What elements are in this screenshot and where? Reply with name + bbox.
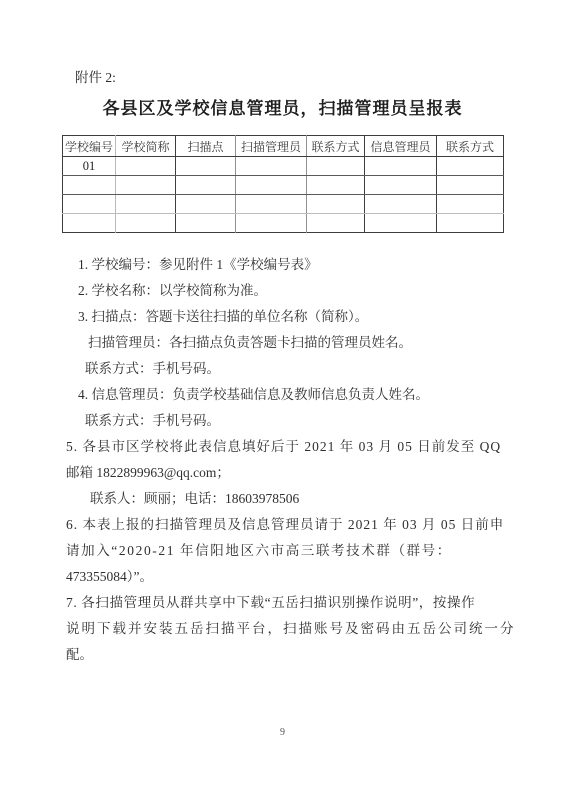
table-cell [307, 195, 365, 214]
table-header-row: 学校编号 学校简称 扫描点 扫描管理员 联系方式 信息管理员 联系方式 [63, 136, 504, 157]
table-cell [365, 214, 437, 233]
table-cell [176, 214, 236, 233]
header-cell-contact-2: 联系方式 [437, 136, 504, 157]
note-line-6-cont-1: 请加入“2020-21 年信阳地区六市高三联考技术群（群号： [66, 538, 512, 564]
note-line-4: 4. 信息管理员：负责学校基础信息及教师信息负责人姓名。 [78, 382, 512, 408]
note-line-3: 3. 扫描点：答题卡送往扫描的单位名称（简称）。 [78, 304, 512, 330]
table-cell: 01 [63, 157, 116, 176]
table-cell [307, 214, 365, 233]
table-row: 01 [63, 157, 504, 176]
table-cell [307, 157, 365, 176]
table-cell [365, 195, 437, 214]
note-line-1: 1. 学校编号：参见附件 1《学校编号表》 [78, 252, 512, 278]
header-cell-scan-admin: 扫描管理员 [236, 136, 307, 157]
table-cell [63, 176, 116, 195]
table-cell [236, 195, 307, 214]
header-cell-scan-point: 扫描点 [176, 136, 236, 157]
note-line-5-sub-1: 联系人：顾丽；电话：18603978506 [90, 486, 512, 512]
report-table: 学校编号 学校简称 扫描点 扫描管理员 联系方式 信息管理员 联系方式 01 [62, 135, 504, 233]
table-cell [236, 176, 307, 195]
notes-section: 1. 学校编号：参见附件 1《学校编号表》 2. 学校名称：以学校简称为准。 3… [66, 252, 512, 668]
table-cell [437, 176, 504, 195]
table-cell [437, 195, 504, 214]
header-cell-info-admin: 信息管理员 [365, 136, 437, 157]
table-cell [307, 176, 365, 195]
table-cell [176, 195, 236, 214]
note-line-3-sub-2: 联系方式：手机号码。 [85, 356, 512, 382]
table-cell [437, 157, 504, 176]
table-cell [365, 157, 437, 176]
note-line-5: 5. 各县市区学校将此表信息填好后于 2021 年 03 月 05 日前发至 Q… [66, 434, 512, 460]
note-line-4-sub-1: 联系方式：手机号码。 [85, 408, 512, 434]
header-cell-contact-1: 联系方式 [307, 136, 365, 157]
note-line-7: 7. 各扫描管理员从群共享中下载“五岳扫描识别操作说明”，按操作 [66, 590, 512, 616]
table-cell [116, 157, 176, 176]
page-number: 9 [0, 727, 565, 738]
note-line-5-cont: 邮箱 1822899963@qq.com； [66, 460, 512, 486]
table-cell [365, 176, 437, 195]
note-line-7-cont-1: 说明下载并安装五岳扫描平台，扫描账号及密码由五岳公司统一分 [66, 616, 512, 642]
table-cell [236, 157, 307, 176]
note-line-7-cont-2: 配。 [66, 642, 512, 668]
header-cell-school-id: 学校编号 [63, 136, 116, 157]
attachment-label: 附件 2: [75, 66, 116, 86]
note-line-2: 2. 学校名称：以学校简称为准。 [78, 278, 512, 304]
table-cell [116, 176, 176, 195]
document-title: 各县区及学校信息管理员，扫描管理员呈报表 [0, 94, 565, 119]
table-cell [176, 176, 236, 195]
table-cell [236, 214, 307, 233]
note-line-6: 6. 本表上报的扫描管理员及信息管理员请于 2021 年 03 月 05 日前申 [66, 512, 512, 538]
document-page: 附件 2: 各县区及学校信息管理员，扫描管理员呈报表 学校编号 学校简称 扫描点… [0, 0, 565, 800]
note-line-3-sub-1: 扫描管理员：各扫描点负责答题卡扫描的管理员姓名。 [88, 330, 512, 356]
table-cell [63, 214, 116, 233]
table-cell [437, 214, 504, 233]
table-cell [63, 195, 116, 214]
header-cell-school-name: 学校简称 [116, 136, 176, 157]
table-row [63, 195, 504, 214]
table-row [63, 214, 504, 233]
table-cell [176, 157, 236, 176]
table-cell [116, 195, 176, 214]
note-line-6-cont-2: 473355084）”。 [66, 564, 512, 590]
table-row [63, 176, 504, 195]
table-cell [116, 214, 176, 233]
